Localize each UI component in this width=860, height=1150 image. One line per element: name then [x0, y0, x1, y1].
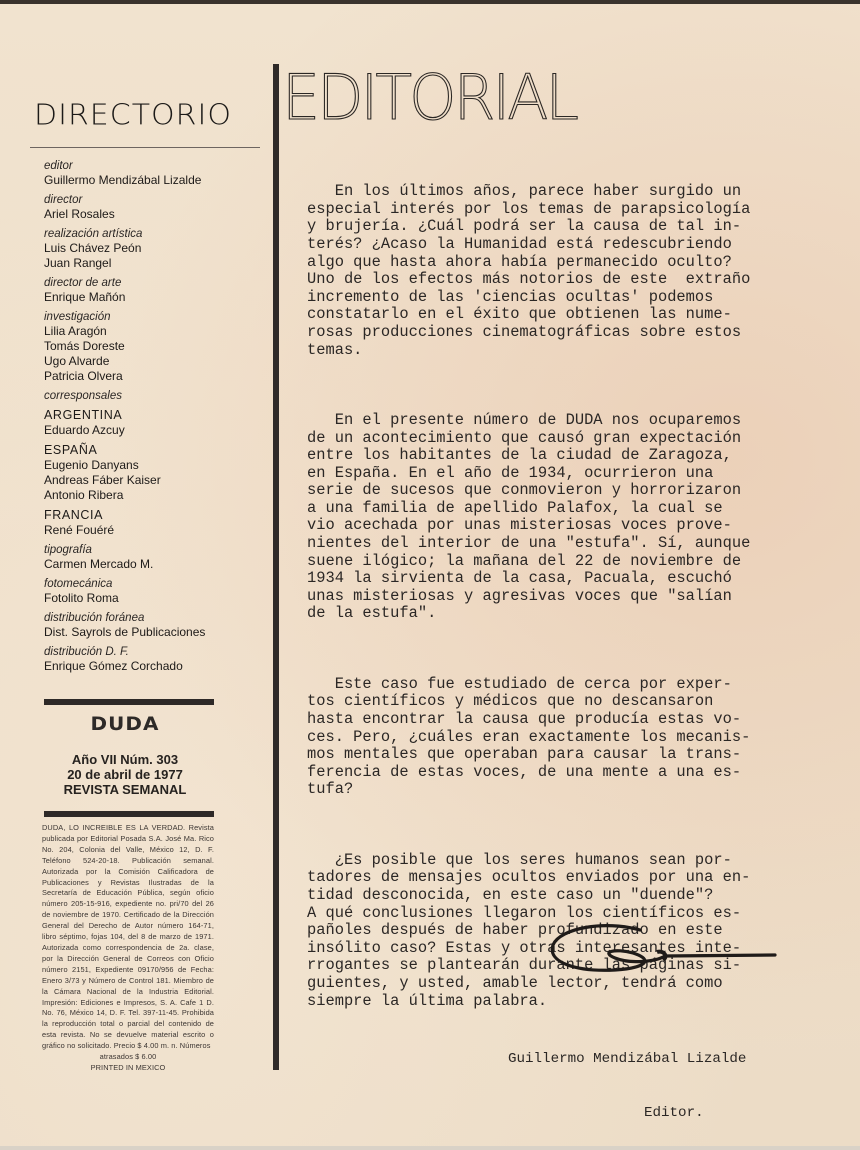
correspondent-group: ESPAÑAEugenio DanyansAndreas Fáber Kaise…: [44, 443, 254, 503]
issue-frequency: REVISTA SEMANAL: [30, 782, 220, 797]
staff-group: distribución foráneaDist. Sayrols de Pub…: [44, 611, 254, 640]
directory-title: DIRECTORIO: [34, 97, 244, 135]
staff-name: Antonio Ribera: [44, 488, 254, 503]
column-divider: [273, 64, 279, 1070]
staff-role: distribución foránea: [44, 611, 254, 625]
staff-group: realización artísticaLuis Chávez PeónJua…: [44, 227, 254, 271]
page-bottom-edge: [0, 1146, 860, 1150]
staff-role: director: [44, 193, 254, 207]
staff-name: Andreas Fáber Kaiser: [44, 473, 254, 488]
magazine-page: DIRECTORIO editorGuillermo Mendizábal Li…: [0, 0, 860, 1150]
staff-role: tipografía: [44, 543, 254, 557]
staff-list: editorGuillermo Mendizábal Lizaldedirect…: [44, 159, 254, 679]
staff-role: investigación: [44, 310, 254, 324]
staff-role: distribución D. F.: [44, 645, 254, 659]
printed-in: PRINTED IN MEXICO: [42, 1063, 214, 1074]
signature-title: Editor.: [508, 1104, 808, 1122]
issue-date: 20 de abril de 1977: [30, 767, 220, 782]
staff-role: realización artística: [44, 227, 254, 241]
staff-group: fotomecánicaFotolito Roma: [44, 577, 254, 606]
editorial-title: EDITORIAL: [282, 58, 576, 138]
staff-group: investigaciónLilia AragónTomás DoresteUg…: [44, 310, 254, 384]
page-top-edge: [0, 0, 860, 4]
logo-top-rule: [44, 699, 214, 705]
legal-notice: DUDA, LO INCREIBLE ES LA VERDAD. Revista…: [42, 823, 214, 1074]
staff-role: director de arte: [44, 276, 254, 290]
signature-name: Guillermo Mendizábal Lizalde: [508, 1050, 808, 1068]
legal-text: DUDA, LO INCREIBLE ES LA VERDAD. Revista…: [42, 823, 214, 1052]
correspondents-label: corresponsales: [44, 389, 254, 403]
correspondent-country: ARGENTINA: [44, 408, 254, 423]
correspondent-country: ESPAÑA: [44, 443, 254, 458]
staff-name: Ariel Rosales: [44, 207, 254, 222]
staff-name: Tomás Doreste: [44, 339, 254, 354]
staff-name: Fotolito Roma: [44, 591, 254, 606]
staff-name: Enrique Mañón: [44, 290, 254, 305]
staff-name: Dist. Sayrols de Publicaciones: [44, 625, 254, 640]
staff-group: directorAriel Rosales: [44, 193, 254, 222]
issue-info: Año VII Núm. 303 20 de abril de 1977 REV…: [30, 752, 220, 797]
staff-name: René Fouéré: [44, 523, 254, 538]
editorial-paragraph: Este caso fue estudiado de cerca por exp…: [307, 676, 817, 799]
correspondent-group: ARGENTINAEduardo Azcuy: [44, 408, 254, 438]
correspondent-group: FRANCIARené Fouéré: [44, 508, 254, 538]
signature-icon: [545, 920, 785, 990]
issue-number: Año VII Núm. 303: [30, 752, 220, 767]
staff-name: Enrique Gómez Corchado: [44, 659, 254, 674]
correspondent-country: FRANCIA: [44, 508, 254, 523]
staff-group: tipografíaCarmen Mercado M.: [44, 543, 254, 572]
staff-role: fotomecánica: [44, 577, 254, 591]
staff-name: Luis Chávez Peón: [44, 241, 254, 256]
signature-block: Guillermo Mendizábal Lizalde Editor.: [508, 1014, 808, 1150]
staff-group: director de arteEnrique Mañón: [44, 276, 254, 305]
logo-bottom-rule: [44, 811, 214, 817]
staff-name: Juan Rangel: [44, 256, 254, 271]
staff-name: Eugenio Danyans: [44, 458, 254, 473]
staff-name: Eduardo Azcuy: [44, 423, 254, 438]
staff-name: Guillermo Mendizábal Lizalde: [44, 173, 254, 188]
staff-name: Patricia Olvera: [44, 369, 254, 384]
staff-name: Ugo Alvarde: [44, 354, 254, 369]
staff-name: Carmen Mercado M.: [44, 557, 254, 572]
staff-role: editor: [44, 159, 254, 173]
staff-group: editorGuillermo Mendizábal Lizalde: [44, 159, 254, 188]
duda-logo: DUDA: [78, 713, 173, 735]
directory-title-rule: [30, 147, 260, 148]
legal-tail: atrasados $ 6.00: [42, 1052, 214, 1063]
editorial-paragraph: En los últimos años, parece haber surgid…: [307, 183, 817, 359]
directory-column: DIRECTORIO editorGuillermo Mendizábal Li…: [44, 96, 244, 136]
editorial-paragraph: En el presente número de DUDA nos ocupar…: [307, 412, 817, 623]
staff-name: Lilia Aragón: [44, 324, 254, 339]
staff-group: distribución D. F.Enrique Gómez Corchado: [44, 645, 254, 674]
